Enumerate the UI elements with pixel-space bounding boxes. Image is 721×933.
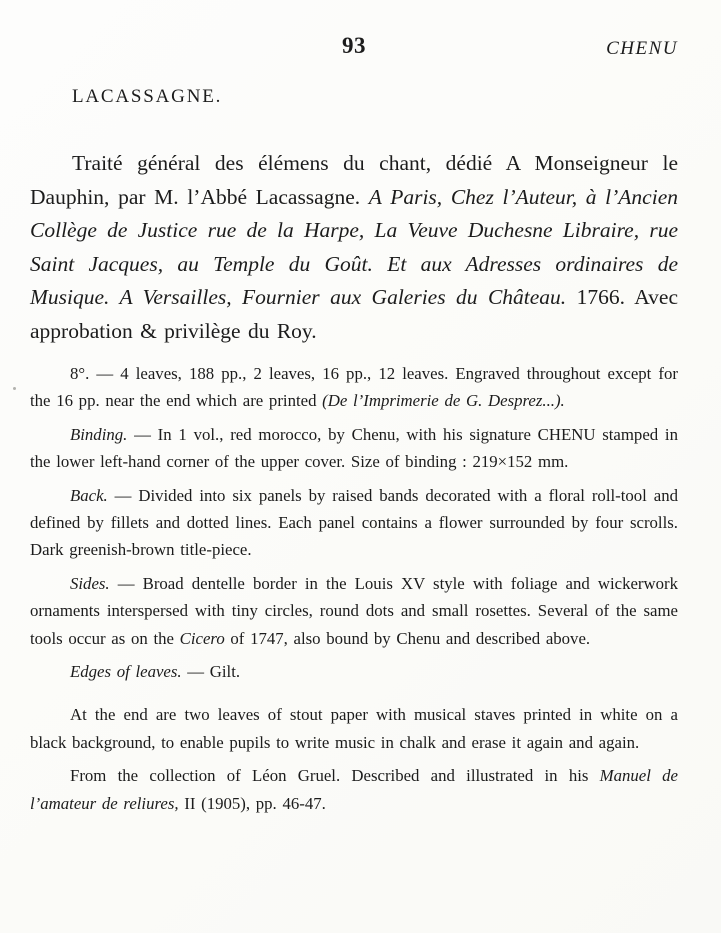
italic-text-segment: Edges of leaves.: [70, 662, 182, 681]
roman-text-segment: At the end are two leaves of stout paper…: [30, 705, 678, 751]
running-head: CHENU: [606, 38, 678, 60]
binding-paragraph: Binding. — In 1 vol., red morocco, by Ch…: [30, 421, 678, 476]
sides-paragraph: Sides. — Broad dentelle border in the Lo…: [30, 570, 678, 652]
collation-paragraph: 8°. — 4 leaves, 188 pp., 2 leaves, 16 pp…: [30, 360, 678, 415]
page-content: 93 CHENU LACASSAGNE. Traité général des …: [0, 0, 721, 933]
end-leaves-paragraph: At the end are two leaves of stout paper…: [30, 701, 678, 756]
italic-text-segment: Cicero: [180, 629, 225, 648]
back-paragraph: Back. — Divided into six panels by raise…: [30, 482, 678, 564]
provenance-paragraph: From the collection of Léon Gruel. Descr…: [30, 762, 678, 817]
italic-text-segment: Sides.: [70, 574, 110, 593]
italic-text-segment: (De l’Imprimerie de G. Desprez...).: [322, 391, 565, 410]
running-header: 93 CHENU: [30, 33, 678, 59]
book-page-scan: 93 CHENU LACASSAGNE. Traité général des …: [0, 0, 721, 933]
entry-title: LACASSAGNE.: [72, 86, 678, 108]
roman-text-segment: II (1905), pp. 46-47.: [179, 794, 326, 813]
roman-text-segment: — Gilt.: [182, 662, 240, 681]
edges-of-leaves-paragraph: Edges of leaves. — Gilt.: [30, 658, 678, 685]
page-number: 93: [30, 33, 678, 59]
roman-text-segment: From the collection of Léon Gruel. Descr…: [70, 766, 600, 785]
italic-text-segment: Back.: [70, 486, 108, 505]
roman-text-segment: — In 1 vol., red morocco, by Chenu, with…: [30, 425, 678, 471]
italic-text-segment: Binding.: [70, 425, 127, 444]
entry-description-paragraph: Traité général des élémens du chant, déd…: [30, 147, 678, 348]
roman-text-segment: — Divided into six panels by raised band…: [30, 486, 678, 560]
roman-text-segment: of 1747, also bound by Chenu and describ…: [225, 629, 590, 648]
